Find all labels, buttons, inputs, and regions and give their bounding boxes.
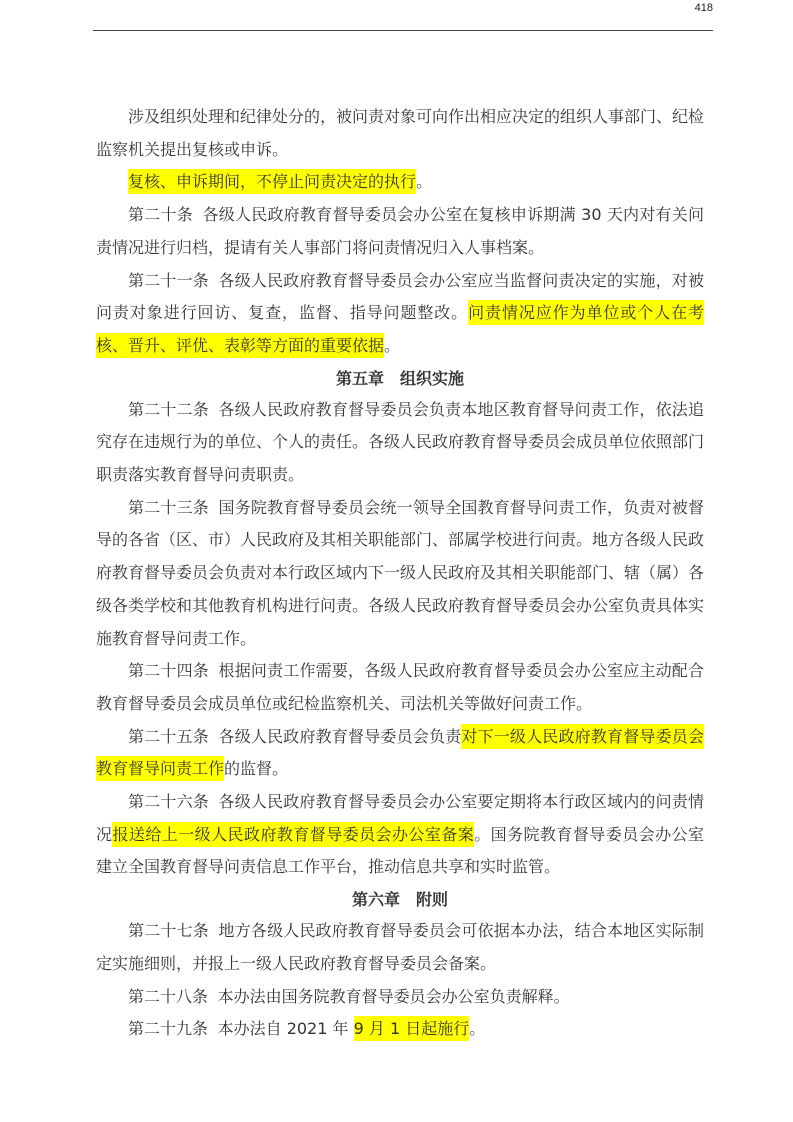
article-number: 第二十五条: [128, 727, 209, 746]
page-number: 418: [695, 1, 713, 15]
article-text: 。: [384, 336, 400, 355]
article-23: 第二十三条国务院教育督导委员会统一领导全国教育督导问责工作，负责对被督导的各省（…: [96, 492, 704, 656]
header-rule: [93, 30, 713, 31]
article-text: 。: [469, 1019, 485, 1038]
article-25: 第二十五条各级人民政府教育督导委员会负责对下一级人民政府教育督导委员会教育督导问…: [96, 721, 704, 786]
article-number: 第二十九条: [128, 1019, 208, 1038]
article-24: 第二十四条根据问责工作需要，各级人民政府教育督导委员会办公室应主动配合教育督导委…: [96, 655, 704, 720]
article-number: 第二十一条: [128, 271, 209, 290]
document-body: 涉及组织处理和纪律处分的，被问责对象可向作出相应决定的组织人事部门、纪检监察机关…: [96, 101, 704, 1046]
chapter-heading-5: 第五章 组织实施: [96, 363, 704, 394]
chapter-heading-6: 第六章 附则: [96, 884, 704, 915]
article-27: 第二十七条地方各级人民政府教育督导委员会可依据本办法，结合本地区实际制定实施细则…: [96, 915, 704, 980]
paragraph-text: 涉及组织处理和纪律处分的，被问责对象可向作出相应决定的组织人事部门、纪检监察机关…: [96, 107, 704, 159]
article-number: 第二十六条: [128, 792, 209, 811]
article-text: 本办法自 2021 年: [218, 1019, 354, 1038]
paragraph-appeal: 涉及组织处理和纪律处分的，被问责对象可向作出相应决定的组织人事部门、纪检监察机关…: [96, 101, 704, 166]
article-29: 第二十九条本办法自 2021 年 9 月 1 日起施行。: [96, 1013, 704, 1046]
article-number: 第二十条: [128, 205, 193, 224]
article-number: 第二十二条: [128, 400, 209, 419]
highlighted-text: 9 月 1 日起施行: [354, 1016, 470, 1041]
article-text: 各级人民政府教育督导委员会负责: [219, 727, 462, 746]
article-21: 第二十一条各级人民政府教育督导委员会办公室应当监督问责决定的实施，对被问责对象进…: [96, 265, 704, 363]
article-26: 第二十六条各级人民政府教育督导委员会办公室要定期将本行政区域内的问责情况报送给上…: [96, 786, 704, 884]
article-20: 第二十条各级人民政府教育督导委员会办公室在复核申诉期满 30 天内对有关问责情况…: [96, 199, 704, 264]
article-number: 第二十三条: [128, 498, 209, 517]
article-number: 第二十七条: [128, 921, 209, 940]
article-text: 本办法由国务院教育督导委员会办公室负责解释。: [218, 987, 570, 1006]
article-22: 第二十二条各级人民政府教育督导委员会负责本地区教育督导问责工作，依法追究存在违规…: [96, 394, 704, 492]
article-28: 第二十八条本办法由国务院教育督导委员会办公室负责解释。: [96, 981, 704, 1014]
paragraph-appeal-execution: 复核、申诉期间，不停止问责决定的执行。: [96, 166, 704, 199]
paragraph-text: 。: [416, 172, 432, 191]
highlighted-text: 报送给上一级人民政府教育督导委员会办公室备案: [112, 822, 474, 847]
article-text: 的监督。: [224, 759, 288, 778]
article-text: 国务院教育督导委员会统一领导全国教育督导问责工作，负责对被督导的各省（区、市）人…: [96, 498, 704, 648]
highlighted-text: 复核、申诉期间，不停止问责决定的执行: [128, 169, 416, 194]
article-number: 第二十四条: [128, 661, 209, 680]
article-number: 第二十八条: [128, 987, 208, 1006]
